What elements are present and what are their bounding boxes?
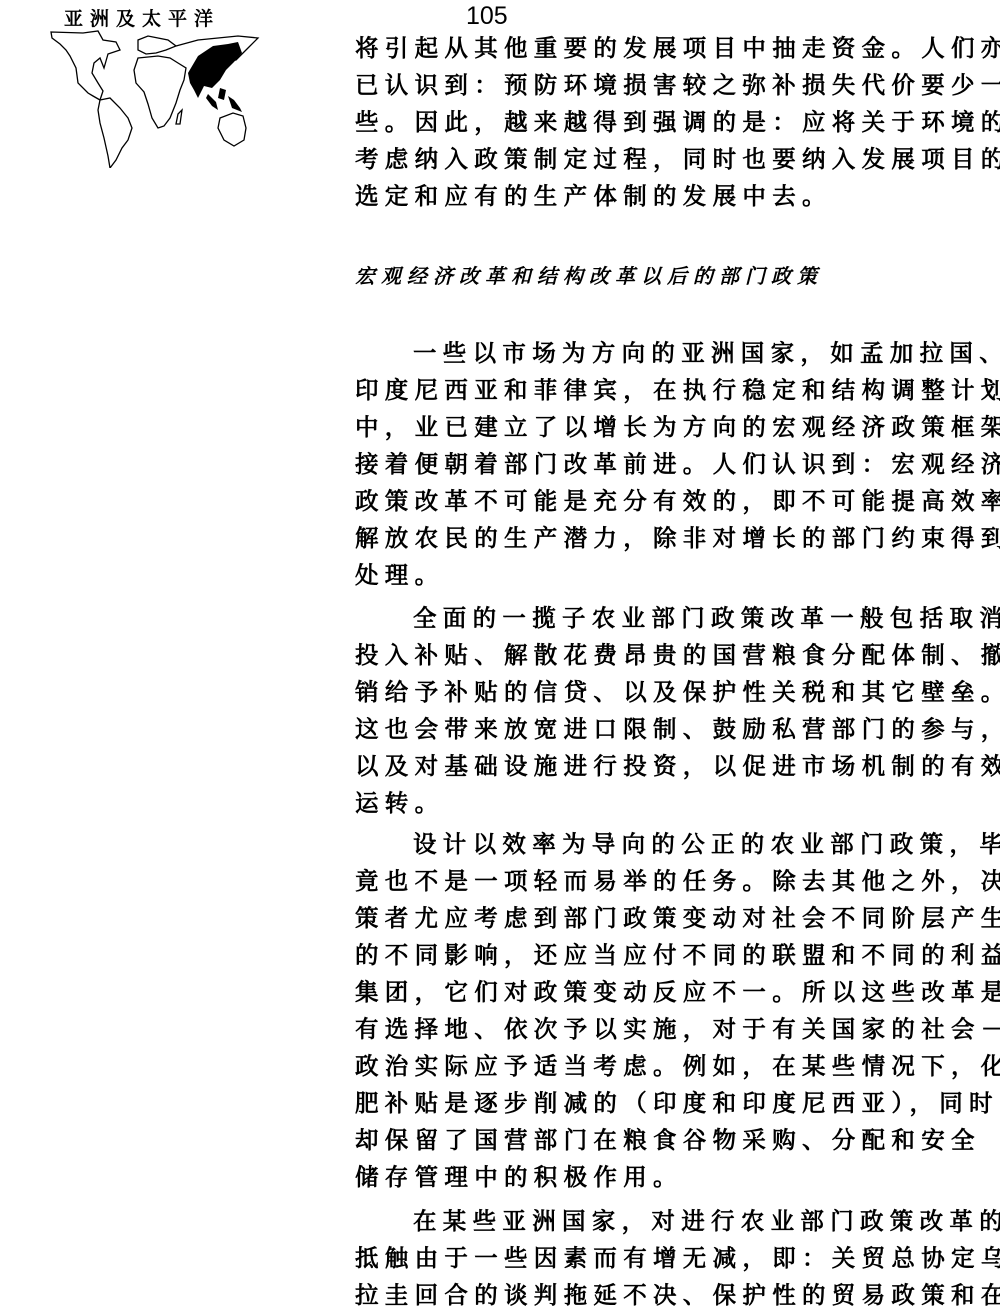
text-line: 一些以市场为方向的亚洲国家，如孟加拉国、 — [355, 335, 955, 372]
page-number: 105 — [466, 2, 508, 31]
text-line: 考虑纳入政策制定过程，同时也要纳入发展项目的 — [355, 141, 955, 178]
text-line: 以及对基础设施进行投资，以促进市场机制的有效 — [355, 748, 955, 785]
text-line: 在某些亚洲国家，对进行农业部门政策改革的 — [355, 1203, 955, 1240]
text-line: 中，业已建立了以增长为方向的宏观经济政策框架， — [355, 409, 955, 446]
text-line: 有选择地、依次予以实施，对于有关国家的社会－ — [355, 1011, 955, 1048]
text-line: 政策改革不可能是充分有效的，即不可能提高效率、 — [355, 483, 955, 520]
text-line: 些。因此，越来越得到强调的是：应将关于环境的 — [355, 104, 955, 141]
section-heading: 宏观经济改革和结构改革以后的部门政策 — [355, 258, 955, 295]
paragraph-1: 一些以市场为方向的亚洲国家，如孟加拉国、 印度尼西亚和菲律宾，在执行稳定和结构调… — [355, 335, 955, 594]
text-line: 这也会带来放宽进口限制、鼓励私营部门的参与， — [355, 711, 955, 748]
world-map-asia-highlighted-icon — [48, 28, 263, 168]
text-line: 运转。 — [355, 785, 955, 822]
text-line: 储存管理中的积极作用。 — [355, 1159, 955, 1196]
text-line: 解放农民的生产潜力，除非对增长的部门约束得到 — [355, 520, 955, 557]
text-line: 拉圭回合的谈判拖延不决、保护性的贸易政策和在 — [355, 1277, 955, 1314]
paragraph-3: 设计以效率为导向的公正的农业部门政策，毕 竟也不是一项轻而易举的任务。除去其他之… — [355, 826, 955, 1196]
text-line: 接着便朝着部门改革前进。人们认识到：宏观经济 — [355, 446, 955, 483]
text-line: 设计以效率为导向的公正的农业部门政策，毕 — [355, 826, 955, 863]
text-line: 已认识到：预防环境损害较之弥补损失代价要少一 — [355, 67, 955, 104]
text-line: 集团，它们对政策变动反应不一。所以这些改革是 — [355, 974, 955, 1011]
text-line: 却保留了国营部门在粮食谷物采购、分配和安全 — [355, 1122, 955, 1159]
text-line: 抵触由于一些因素而有增无减，即：关贸总协定乌 — [355, 1240, 955, 1277]
region-label: 亚洲及太平洋 — [64, 4, 220, 31]
text-line: 销给予补贴的信贷、以及保护性关税和其它壁垒。 — [355, 674, 955, 711]
section-heading-block: 宏观经济改革和结构改革以后的部门政策 — [355, 258, 955, 295]
text-line: 处理。 — [355, 557, 955, 594]
text-line: 选定和应有的生产体制的发展中去。 — [355, 178, 955, 215]
text-line: 竟也不是一项轻而易举的任务。除去其他之外，决 — [355, 863, 955, 900]
text-line: 将引起从其他重要的发展项目中抽走资金。人们亦 — [355, 30, 955, 67]
paragraph-2: 全面的一揽子农业部门政策改革一般包括取消 投入补贴、解散花费昂贵的国营粮食分配体… — [355, 600, 955, 822]
text-line: 全面的一揽子农业部门政策改革一般包括取消 — [355, 600, 955, 637]
text-line: 投入补贴、解散花费昂贵的国营粮食分配体制、撤 — [355, 637, 955, 674]
intro-text: 将引起从其他重要的发展项目中抽走资金。人们亦 已认识到：预防环境损害较之弥补损失… — [355, 30, 955, 215]
text-line: 肥补贴是逐步削减的（印度和印度尼西亚），同时 — [355, 1085, 955, 1122]
text-line: 政治实际应予适当考虑。例如，在某些情况下，化 — [355, 1048, 955, 1085]
paragraph-4: 在某些亚洲国家，对进行农业部门政策改革的 抵触由于一些因素而有增无减，即：关贸总… — [355, 1203, 955, 1314]
text-line: 印度尼西亚和菲律宾，在执行稳定和结构调整计划 — [355, 372, 955, 409]
text-line: 策者尤应考虑到部门政策变动对社会不同阶层产生 — [355, 900, 955, 937]
text-line: 的不同影响，还应当应付不同的联盟和不同的利益 — [355, 937, 955, 974]
